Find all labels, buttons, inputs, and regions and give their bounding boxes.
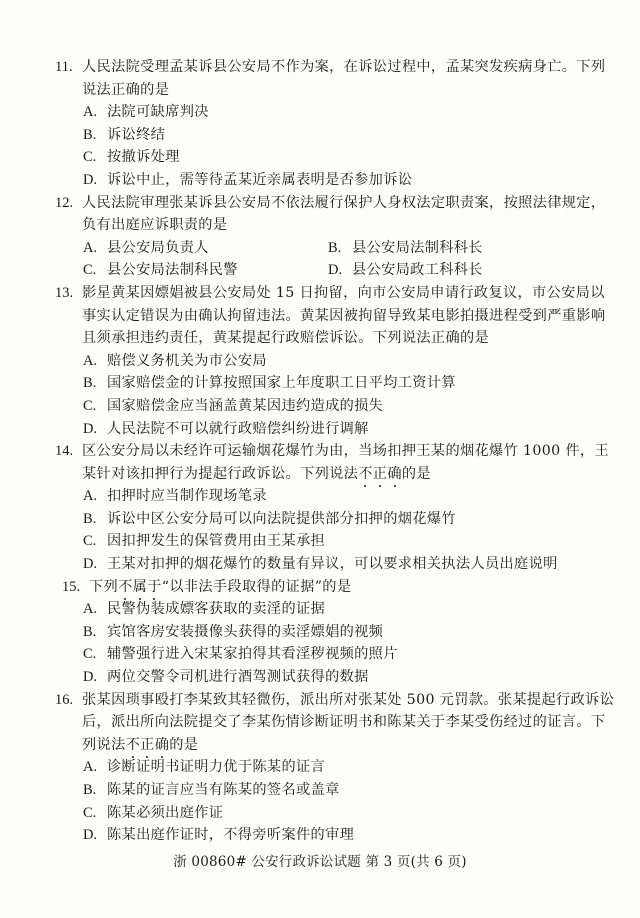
option-text: 县公安局法制科民警 <box>107 259 238 282</box>
question-stem: 后，派出所向法院提交了李某伤情诊断证明书和陈某关于李某受伤经过的证言。下 <box>82 711 605 734</box>
emphasis-char: 不 <box>358 463 373 486</box>
question-14: 14. 区公安分局以未经许可运输烟花爆竹为由，当场扣押王某的烟花爆竹 1000 … <box>0 440 640 576</box>
question-15: 15. 下列不属于“以非法手段取得的证据”的是 A.民警伪装成嫖客获取的卖淫的证… <box>0 576 640 689</box>
emphasis-char: 不 <box>126 734 141 757</box>
option-text: 县公安局法制科科长 <box>352 237 483 260</box>
option-letter: B. <box>83 372 96 395</box>
question-number: 11. <box>55 56 73 79</box>
emphasis-char: 正 <box>140 734 155 757</box>
question-stem: 张某因琐事殴打李某致其轻微伤，派出所对张某处 500 元罚款。张某提起行政诉讼 <box>82 689 614 712</box>
question-stem: 负有出庭应诉职责的是 <box>82 214 227 237</box>
option-text: 辅警强行进入宋某家拍得其看淫秽视频的照片 <box>107 643 398 666</box>
stem-text: “以非法手段取得的证据”的是 <box>162 579 352 595</box>
option-letter: D. <box>83 553 97 576</box>
option-letter: A. <box>83 237 97 260</box>
emphasis-char: 不 <box>118 576 133 599</box>
question-number: 13. <box>55 282 73 305</box>
option-letter: B. <box>328 237 341 260</box>
option-letter: C. <box>83 643 96 666</box>
option-text: 赔偿义务机关为市公安局 <box>107 350 267 373</box>
option-text: 因扣押发生的保管费用由王某承担 <box>107 530 325 553</box>
stem-text: 的是 <box>402 466 431 482</box>
option-letter: C. <box>83 530 96 553</box>
option-text: 陈某出庭作证时，不得旁听案件的审理 <box>107 824 354 847</box>
question-stem: 区公安分局以未经许可运输烟花爆竹为由，当场扣押王某的烟花爆竹 1000 件，王 <box>82 440 609 463</box>
option-text: 扣押时应当制作现场笔录 <box>107 485 267 508</box>
option-text: 王某对扣押的烟花爆竹的数量有异议，可以要求相关执法人员出庭说明 <box>107 553 558 576</box>
option-letter: B. <box>83 124 96 147</box>
question-stem: 列说法不正确的是 <box>82 734 198 757</box>
option-text: 诉讼终结 <box>107 124 165 147</box>
option-letter: A. <box>83 101 97 124</box>
emphasis-char: 确 <box>387 463 402 486</box>
option-text: 宾馆客房安装摄像头获得的卖淫嫖娼的视频 <box>107 621 383 644</box>
option-text: 按撤诉处理 <box>107 146 180 169</box>
option-text: 县公安局政工科科长 <box>352 259 483 282</box>
emphasis-char: 于 <box>147 576 162 599</box>
question-13: 13. 影星黄某因嫖娼被县公安局处 15 日拘留，向市公安局申请行政复议，市公安… <box>0 282 640 440</box>
option-letter: C. <box>83 259 96 282</box>
option-letter: A. <box>83 350 97 373</box>
option-text: 国家赔偿金的计算按照国家上年度职工日平均工资计算 <box>107 372 456 395</box>
option-text: 诉讼中区公安分局可以向法院提供部分扣押的烟花爆竹 <box>107 508 456 531</box>
option-text: 国家赔偿金应当涵盖黄某因违约造成的损失 <box>107 395 383 418</box>
option-text: 人民法院不可以就行政赔偿纠纷进行调解 <box>107 418 369 441</box>
question-stem: 且须承担违约责任，黄某提起行政赔偿诉讼。下列说法正确的是 <box>82 327 489 350</box>
emphasis-char: 正 <box>373 463 388 486</box>
option-text: 陈某必须出庭作证 <box>107 802 223 825</box>
question-stem: 影星黄某因嫖娼被县公安局处 15 日拘留，向市公安局申请行政复议，市公安局以 <box>82 282 605 305</box>
option-text: 民警伪装成嫖客获取的卖淫的证据 <box>107 598 325 621</box>
emphasis-char: 确 <box>155 734 170 757</box>
page-footer: 浙 00860# 公安行政诉讼试题 第 3 页(共 6 页) <box>0 851 640 873</box>
question-stem: 下列不属于“以非法手段取得的证据”的是 <box>89 576 351 599</box>
question-number: 12. <box>55 192 73 215</box>
option-letter: D. <box>83 824 97 847</box>
stem-text: 某针对该扣押行为提起行政诉讼。下列说法 <box>82 466 358 482</box>
option-letter: A. <box>83 756 97 779</box>
option-letter: D. <box>83 418 97 441</box>
option-letter: C. <box>83 146 96 169</box>
emphasis-char: 属 <box>133 576 148 599</box>
option-letter: D. <box>83 169 97 192</box>
exam-page: 11. 人民法院受理孟某诉县公安局不作为案，在诉讼过程中，孟某突发疾病身亡。下列… <box>0 56 640 847</box>
stem-text: 下列 <box>89 579 118 595</box>
question-11: 11. 人民法院受理孟某诉县公安局不作为案，在诉讼过程中，孟某突发疾病身亡。下列… <box>0 56 640 192</box>
stem-text: 列说法 <box>82 737 126 753</box>
question-stem: 人民法院审理张某诉县公安局不依法履行保护人身权法定职责案，按照法律规定， <box>82 192 605 215</box>
option-letter: D. <box>83 666 97 689</box>
question-number: 14. <box>55 440 73 463</box>
question-stem: 说法正确的是 <box>82 79 169 102</box>
question-16: 16. 张某因琐事殴打李某致其轻微伤，派出所对张某处 500 元罚款。张某提起行… <box>0 689 640 847</box>
stem-text: 的是 <box>169 737 198 753</box>
option-text: 县公安局负责人 <box>107 237 209 260</box>
question-number: 15. <box>62 576 80 599</box>
question-stem: 人民法院受理孟某诉县公安局不作为案，在诉讼过程中，孟某突发疾病身亡。下列 <box>82 56 605 79</box>
option-text: 法院可缺席判决 <box>107 101 209 124</box>
option-letter: B. <box>83 508 96 531</box>
option-letter: D. <box>328 259 342 282</box>
option-letter: C. <box>83 802 96 825</box>
question-number: 16. <box>55 689 73 712</box>
option-letter: A. <box>83 485 97 508</box>
option-letter: B. <box>83 779 96 802</box>
option-text: 两位交警令司机进行酒驾测试获得的数据 <box>107 666 369 689</box>
option-text: 诊断证明书证明力优于陈某的证言 <box>107 756 325 779</box>
question-stem: 事实认定错误为由确认拘留违法。黄某因被拘留导致某电影拍摄进程受到严重影响 <box>82 305 605 328</box>
option-text: 陈某的证言应当有陈某的签名或盖章 <box>107 779 340 802</box>
question-12: 12. 人民法院审理张某诉县公安局不依法履行保护人身权法定职责案，按照法律规定，… <box>0 192 640 282</box>
question-stem: 某针对该扣押行为提起行政诉讼。下列说法不正确的是 <box>82 463 431 486</box>
option-letter: B. <box>83 621 96 644</box>
option-letter: A. <box>83 598 97 621</box>
option-letter: C. <box>83 395 96 418</box>
option-text: 诉讼中止，需等待孟某近亲属表明是否参加诉讼 <box>107 169 412 192</box>
